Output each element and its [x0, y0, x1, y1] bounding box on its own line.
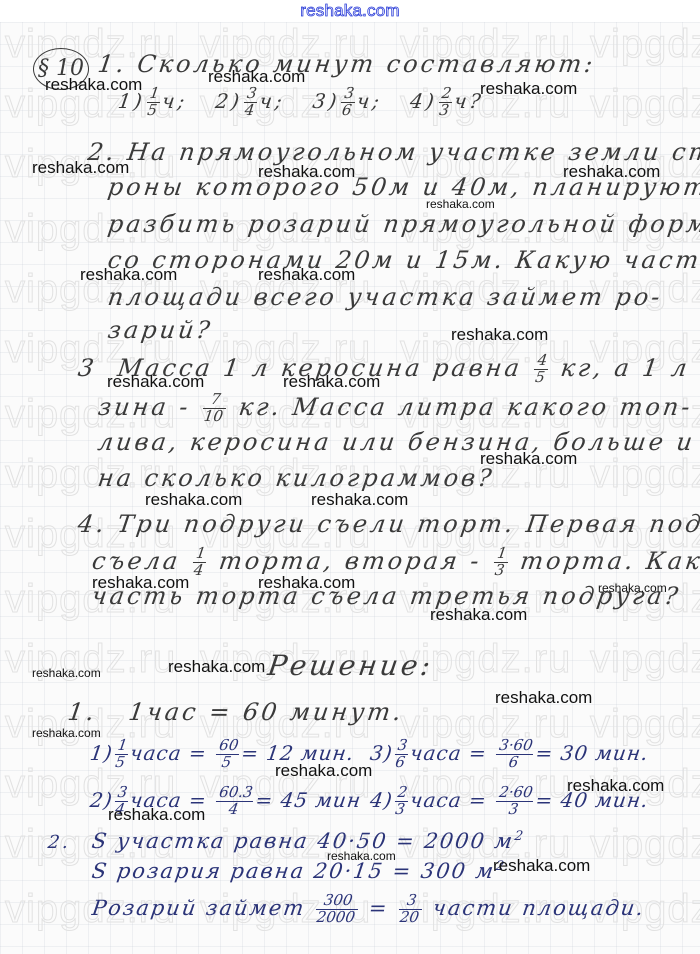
overlay-watermark: reshaka.com: [92, 574, 189, 591]
fraction: 45: [532, 353, 550, 386]
fraction: 710: [201, 392, 229, 425]
solution-title: Решение:: [266, 652, 435, 680]
overlay-watermark: reshaka.com: [327, 850, 396, 862]
overlay-watermark: reshaka.com: [426, 198, 495, 210]
overlay-watermark: reshaka.com: [80, 266, 177, 283]
overlay-watermark: reshaka.com: [430, 606, 527, 623]
overlay-watermark: reshaka.com: [495, 689, 592, 706]
solution-part2-number: 2.: [47, 834, 73, 852]
overlay-watermark: reshaka.com: [451, 326, 548, 343]
fraction: 34: [242, 86, 260, 119]
problem-3-line: лива, керосина или бензина, больше и: [96, 430, 697, 454]
overlay-watermark: reshaka.com: [32, 159, 129, 176]
background-watermark: vipgdz.ru: [590, 822, 700, 867]
overlay-watermark: reshaka.com: [480, 80, 577, 97]
overlay-watermark: reshaka.com: [32, 727, 101, 739]
problem-line: Сколько минут составляют:: [136, 50, 598, 78]
overlay-watermark: reshaka.com: [258, 266, 355, 283]
overlay-watermark: reshaka.com: [108, 806, 205, 823]
overlay-watermark: reshaka.com: [208, 68, 305, 85]
overlay-watermark: reshaka.com: [258, 574, 355, 591]
fraction: 15: [144, 86, 162, 119]
fraction: 36: [339, 86, 357, 119]
overlay-watermark: reshaka.com: [480, 450, 577, 467]
problem-3-line: на сколько килограммов?: [96, 466, 496, 490]
background-watermark: vipgdz.ru: [590, 637, 700, 682]
problem-1-items: 1)15ч; 2)34ч; 3)36ч; 4)23ч?: [116, 86, 486, 119]
problem-2-line: со сторонами 20м и 15м. Какую часть: [106, 248, 700, 272]
solution-part1-intro: 1. 1час = 60 минут.: [66, 700, 405, 724]
overlay-watermark: reshaka.com: [275, 762, 372, 779]
problem-4-line: 4. Три подруги съели торт. Первая подруг…: [76, 512, 700, 536]
overlay-watermark: reshaka.com: [311, 491, 408, 508]
background-watermark: vipgdz.ru: [590, 82, 700, 127]
solution-part2-line1: S участка равна 40·50 = 2000 м2: [90, 830, 525, 852]
problem-2-line: площади всего участка займет ро-: [106, 285, 664, 309]
problem-2-line: разбить розарий прямоугольной формы: [106, 212, 700, 236]
overlay-watermark: reshaka.com: [168, 658, 265, 675]
solution-part2-line3: Розарий займет 3002000 = 320 части площа…: [90, 893, 647, 926]
fraction: 23: [436, 86, 454, 119]
problem-number: 1.: [96, 50, 129, 78]
solution-part2-line2: S розария равна 20·15 = 300 м2: [90, 860, 506, 882]
overlay-watermark: reshaka.com: [145, 491, 242, 508]
problem-2-line: 2. На прямоугольном участке земли сто-: [86, 140, 700, 164]
overlay-watermark: reshaka.com: [45, 76, 142, 93]
problem-3-line: зина - 710 кг. Масса литра какого топ-: [96, 392, 695, 425]
solution-item-3: 3)36часа = 3·606= 30 мин.: [368, 738, 651, 771]
overlay-watermark: reshaka.com: [107, 373, 204, 390]
overlay-watermark: reshaka.com: [258, 163, 355, 180]
site-header-logo[interactable]: reshaka.com: [0, 1, 700, 21]
overlay-watermark: reshaka.com: [567, 777, 664, 794]
overlay-watermark: reshaka.com: [598, 582, 667, 594]
overlay-watermark: reshaka.com: [493, 857, 590, 874]
overlay-watermark: reshaka.com: [563, 163, 660, 180]
background-watermark: vipgdz.ru: [590, 452, 700, 497]
problem-1-text: 1. Сколько минут составляют:: [96, 52, 597, 76]
background-watermark: vipgdz.ru: [590, 22, 700, 67]
overlay-watermark: reshaka.com: [32, 667, 101, 679]
problem-2-line: зарий?: [106, 318, 214, 342]
overlay-watermark: reshaka.com: [283, 373, 380, 390]
fraction: 13: [492, 546, 510, 579]
fraction: 14: [191, 546, 209, 579]
